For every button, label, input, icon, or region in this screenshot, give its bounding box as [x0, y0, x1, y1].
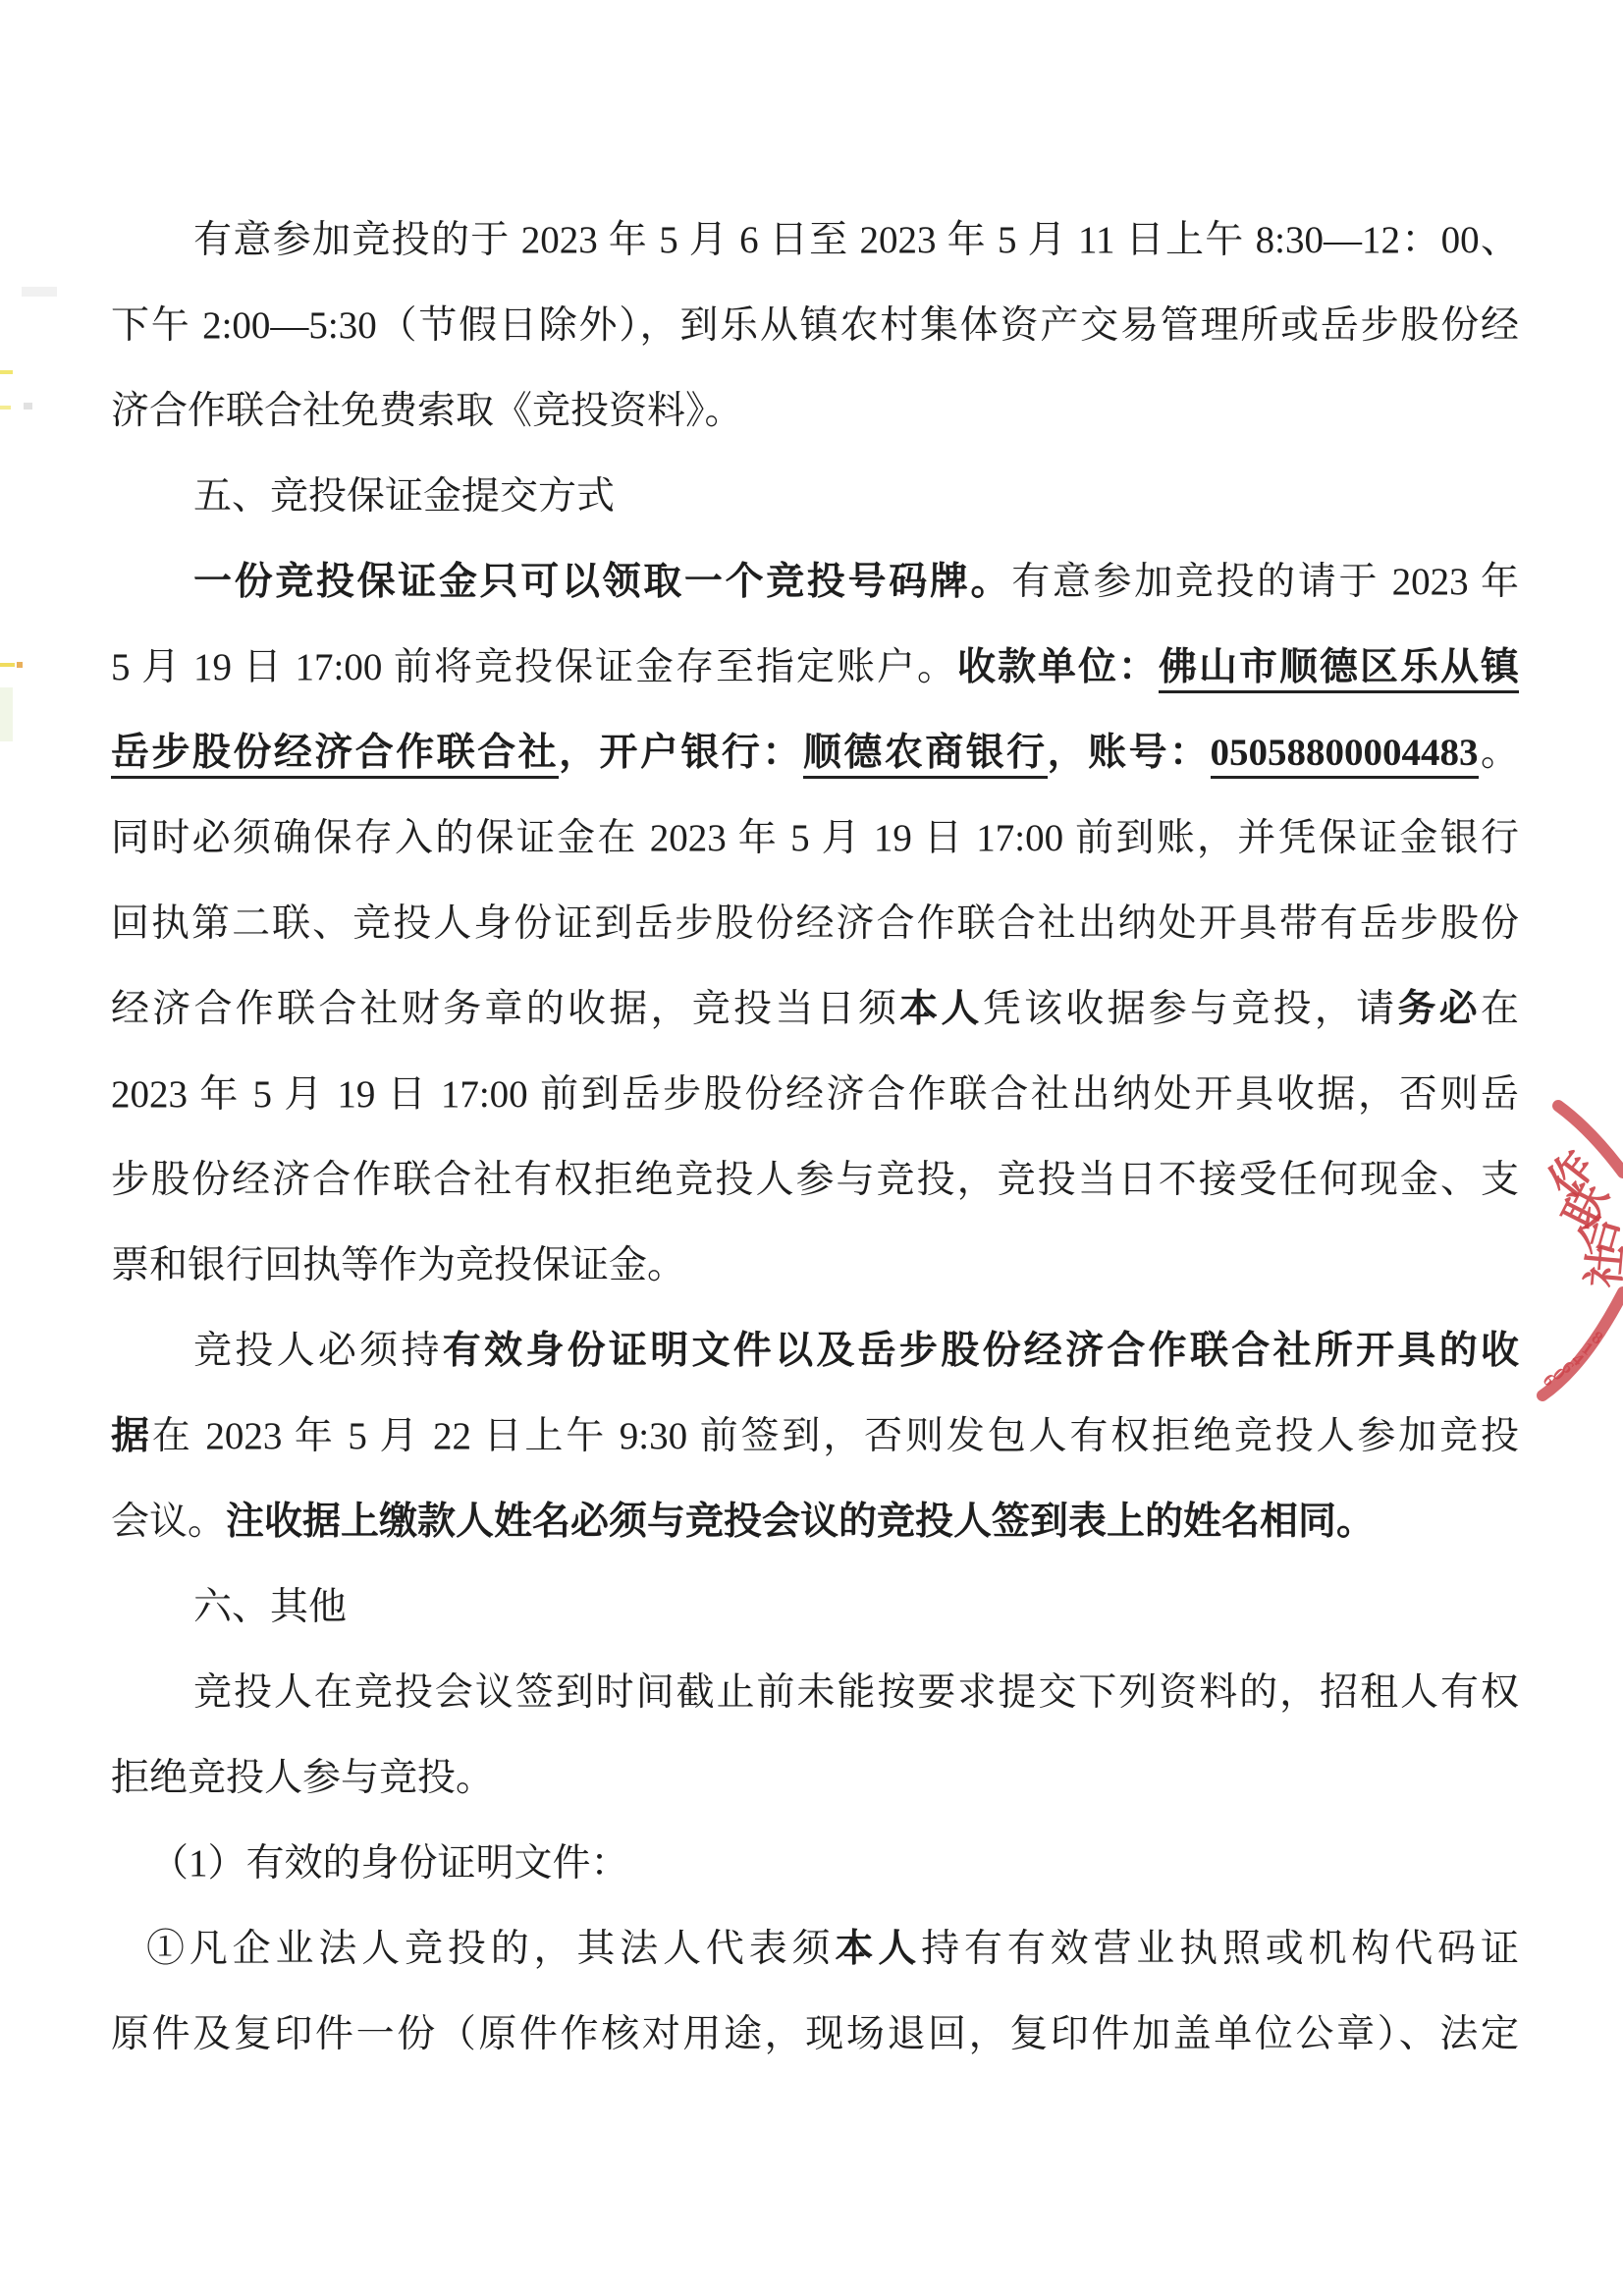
seal-serial-digit: 4: [1564, 1345, 1592, 1373]
text-run: 同时必须确保存入的保证金在 2023 年 5 月 19 日 17:00 前到账，…: [111, 817, 1519, 859]
text-run: 凭该收据参与竞投，请: [983, 988, 1398, 1030]
text-run: （1）有效的身份证明文件：: [150, 1842, 629, 1885]
line-17-section-heading: 六、其他: [111, 1564, 1519, 1650]
line-15: 据在 2023 年 5 月 22 日上午 9:30 前签到，否则发包人有权拒绝竞…: [111, 1394, 1519, 1479]
line-04-section-heading: 五、竞投保证金提交方式: [111, 454, 1519, 539]
seal-serial-digit: 6: [1554, 1353, 1582, 1381]
scan-artifact: [22, 287, 57, 297]
text-run: 5 月 19 日 17:00 前将竞投保证金存至指定账户。: [111, 646, 957, 688]
text-run-bold: 一份竞投保证金只可以领取一个竞投号码牌。: [193, 561, 1011, 603]
scan-artifact: [0, 687, 13, 741]
bank-name-underlined: 顺德农商银行: [803, 732, 1048, 779]
account-number-underlined: 05058800004483: [1211, 732, 1479, 779]
section-heading: 五、竞投保证金提交方式: [193, 475, 615, 518]
line-11: 2023 年 5 月 19 日 17:00 前到岳步股份经济合作联合社出纳处开具…: [111, 1052, 1519, 1137]
text-run-bold: 务必: [1397, 988, 1481, 1030]
line-14: 竞投人必须持有效身份证明文件以及岳步股份经济合作联合社所开具的收: [111, 1308, 1519, 1394]
line-19: 拒绝竞投人参与竞投。: [111, 1735, 1519, 1821]
line-01: 有意参加竞投的于 2023 年 5 月 6 日至 2023 年 5 月 11 日…: [111, 197, 1519, 283]
line-06: 5 月 19 日 17:00 前将竞投保证金存至指定账户。收款单位：佛山市顺德区…: [111, 625, 1519, 710]
scan-artifact: [0, 663, 15, 667]
text-run-bold: ，开户银行：: [559, 732, 803, 774]
line-09: 回执第二联、竞投人身份证到岳步股份经济合作联合社出纳处开具带有岳步股份: [111, 881, 1519, 966]
text-run-bold: 本人: [835, 1928, 921, 1970]
line-08: 同时必须确保存入的保证金在 2023 年 5 月 19 日 17:00 前到账，…: [111, 795, 1519, 881]
text-run-bold: 收款单位：: [957, 646, 1159, 688]
text-run: 回执第二联、竞投人身份证到岳步股份经济合作联合社出纳处开具带有岳步股份: [111, 902, 1519, 945]
text-run: 有意参加竞投的于 2023 年 5 月 6 日至 2023 年 5 月 11 日…: [193, 219, 1519, 261]
line-21-list-item: ①凡企业法人竞投的，其法人代表须本人持有有效营业执照或机构代码证: [111, 1906, 1519, 1992]
seal-character: 社: [1582, 1241, 1623, 1290]
text-run: 竞投人在竞投会议签到时间截止前未能按要求提交下列资料的，招租人有权: [193, 1671, 1519, 1714]
line-03: 济合作联合社免费索取《竞投资料》。: [111, 368, 1519, 454]
scan-artifact: [0, 370, 13, 374]
seal-serial-digit: 8: [1584, 1324, 1611, 1351]
seal-serial-digit: 0: [1545, 1360, 1573, 1388]
text-run: 下午 2:00—5:30（节假日除外），到乐从镇农村集体资产交易管理所或岳步股份…: [111, 304, 1519, 347]
line-22: 原件及复印件一份（原件作核对用途，现场退回，复印件加盖单位公章）、法定: [111, 1992, 1519, 2077]
text-run: 在: [1481, 988, 1519, 1030]
text-run: 会议。: [111, 1501, 226, 1543]
scan-artifact: [17, 662, 23, 668]
text-run: 2023 年 5 月 19 日 17:00 前到岳步股份经济合作联合社出纳处开具…: [111, 1073, 1519, 1116]
seal-character: 联: [1556, 1175, 1617, 1236]
text-run: 在 2023 年 5 月 22 日上午 9:30 前签到，否则发包人有权拒绝竞投…: [152, 1415, 1519, 1457]
text-run: 。: [1479, 732, 1519, 774]
text-run: ①凡企业法人竞投的，其法人代表须: [146, 1928, 835, 1970]
line-16: 会议。注收据上缴款人姓名必须与竞投会议的竞投人签到表上的姓名相同。: [111, 1479, 1519, 1564]
text-run: 竞投人必须持: [193, 1330, 443, 1372]
text-run-bold: 注收据上缴款人姓名必须与竞投会议的竞投人签到表上的姓名相同。: [226, 1501, 1375, 1543]
page: { "page": { "background_color": "#ffffff…: [0, 0, 1623, 2296]
payee-name-underlined: 佛山市顺德区乐从镇: [1159, 646, 1519, 693]
line-05: 一份竞投保证金只可以领取一个竞投号码牌。有意参加竞投的请于 2023 年: [111, 539, 1519, 625]
payee-name-underlined: 岳步股份经济合作联合社: [111, 732, 559, 779]
line-20-list-item: （1）有效的身份证明文件：: [111, 1821, 1519, 1906]
line-18: 竞投人在竞投会议签到时间截止前未能按要求提交下列资料的，招租人有权: [111, 1650, 1519, 1735]
line-07: 岳步股份经济合作联合社，开户银行：顺德农商银行，账号：0505880000448…: [111, 710, 1519, 795]
text-run-bold: ，账号：: [1048, 732, 1211, 774]
section-heading: 六、其他: [193, 1586, 347, 1628]
document-text: 有意参加竞投的于 2023 年 5 月 6 日至 2023 年 5 月 11 日…: [111, 197, 1519, 2077]
text-run: 济合作联合社免费索取《竞投资料》。: [111, 390, 743, 432]
scan-artifact: [24, 403, 32, 410]
line-02: 下午 2:00—5:30（节假日除外），到乐从镇农村集体资产交易管理所或岳步股份…: [111, 283, 1519, 368]
scan-artifact: [0, 406, 11, 410]
text-run-bold: 本人: [899, 988, 983, 1030]
text-run: 原件及复印件一份（原件作核对用途，现场退回，复印件加盖单位公章）、法定: [111, 2013, 1519, 2055]
text-run: 拒绝竞投人参与竞投。: [111, 1757, 494, 1799]
text-run: 票和银行回执等作为竞投保证金。: [111, 1244, 685, 1286]
seal-serial-digit: 6: [1536, 1366, 1563, 1394]
seal-serial-digit: 1: [1574, 1335, 1601, 1362]
text-run-bold: 据: [111, 1415, 152, 1457]
line-12: 步股份经济合作联合社有权拒绝竞投人参与竞投，竞投当日不接受任何现金、支: [111, 1137, 1519, 1223]
text-run: 步股份经济合作联合社有权拒绝竞投人参与竞投，竞投当日不接受任何现金、支: [111, 1159, 1519, 1201]
text-run-bold: 有效身份证明文件以及岳步股份经济合作联合社所开具的收: [443, 1330, 1519, 1372]
text-run: 有意参加竞投的请于 2023 年: [1011, 561, 1519, 603]
text-run: 持有有效营业执照或机构代码证: [921, 1928, 1519, 1970]
line-13: 票和银行回执等作为竞投保证金。: [111, 1223, 1519, 1308]
line-10: 经济合作联合社财务章的收据，竞投当日须本人凭该收据参与竞投，请务必在: [111, 966, 1519, 1052]
text-run: 经济合作联合社财务章的收据，竞投当日须: [111, 988, 899, 1030]
seal-character: 作: [1541, 1143, 1604, 1207]
seal-character: 合: [1573, 1208, 1623, 1264]
